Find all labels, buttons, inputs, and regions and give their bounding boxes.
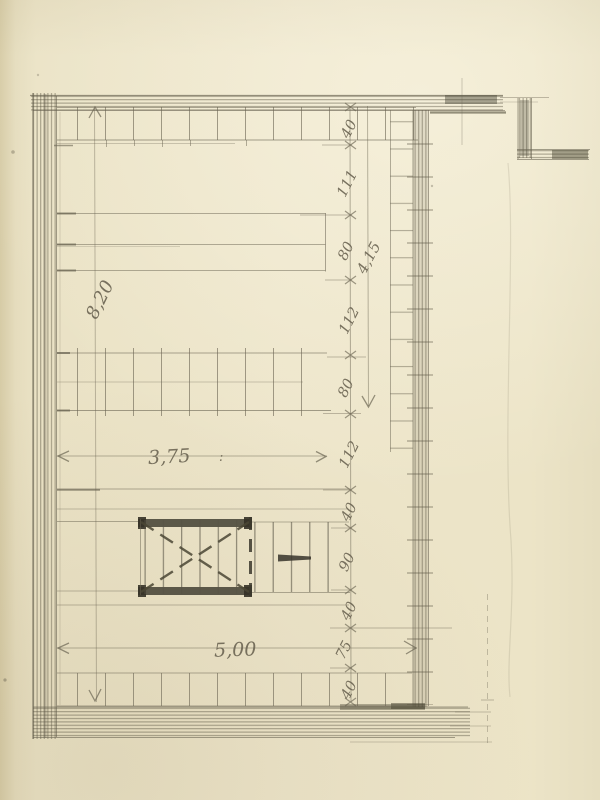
dim-chain-label: 40	[338, 501, 361, 526]
dim-chain-label: 112	[336, 439, 363, 471]
top-wall-dark-segment	[445, 95, 497, 104]
scanned-plan-sheet: 8,20 3,75 : 5,00 4,15 40 111 80 112 80 1…	[0, 0, 600, 800]
dim-chain-label: 80	[335, 377, 358, 401]
dim-right-partial: 4,15	[352, 106, 384, 407]
dim-label-upper-width: 3,75	[148, 445, 191, 469]
faint-crease-curve	[508, 163, 512, 697]
staircase	[138, 517, 350, 597]
dim-chain-label: 80	[335, 240, 358, 264]
dim-label-lower-width: 5,00	[214, 638, 257, 661]
dim-label-right-partial: 4,15	[352, 239, 384, 278]
dim-arrow-right	[316, 452, 326, 463]
dim-separator-mark: :	[219, 450, 223, 465]
dim-chain-label: 75	[333, 639, 356, 663]
ladder-rungs	[390, 110, 413, 452]
upper-joist-band	[57, 107, 418, 147]
dim-upper-width: 3,75 :	[57, 445, 327, 469]
left-wall	[32, 93, 60, 739]
dim-chain-label: 111	[334, 168, 361, 200]
stair-treads	[140, 520, 250, 594]
pillar-strip	[390, 110, 433, 709]
dim-label-overall-height: 8,20	[82, 277, 118, 322]
dim-chain-label: 40	[338, 600, 361, 625]
dim-chain-label: 112	[336, 305, 363, 337]
mid-grid-band	[57, 348, 366, 416]
dim-lower-width: 5,00	[57, 638, 417, 661]
corner-detail	[462, 78, 590, 697]
pencil-plan-drawing: 8,20 3,75 : 5,00 4,15 40 111 80 112 80 1…	[0, 0, 600, 800]
